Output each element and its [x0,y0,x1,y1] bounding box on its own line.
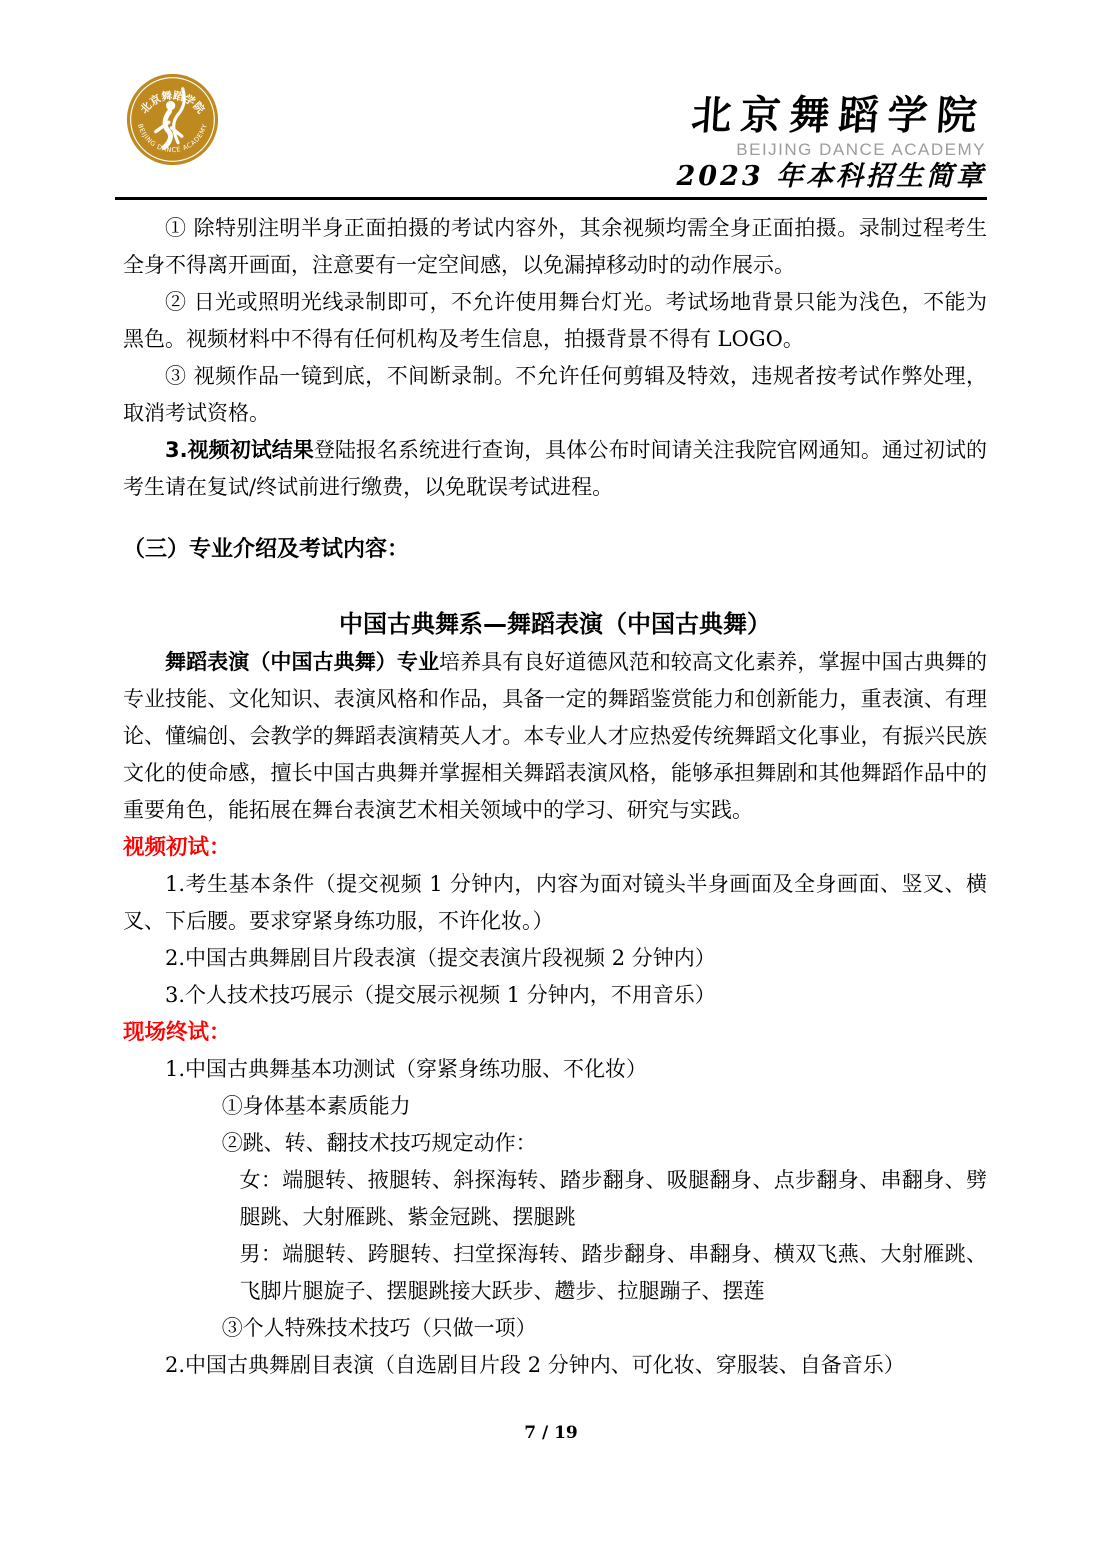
major-intro: 舞蹈表演（中国古典舞）专业培养具有良好道德风范和较高文化素养，掌握中国古典舞的专… [123,644,987,829]
final-test-sub-2: ②跳、转、翻技术技巧规定动作： [222,1125,987,1162]
video-test-label: 视频初试： [123,829,987,866]
major-intro-rest: 培养具有良好道德风范和较高文化素养，掌握中国古典舞的专业技能、文化知识、表演风格… [123,650,987,822]
note-result-lead: 3.视频初试结果 [165,438,314,462]
note-result: 3.视频初试结果登陆报名系统进行查询，具体公布时间请关注我院官网通知。通过初试的… [123,432,987,506]
academy-seal-logo: 北京舞蹈学院 BEIJING DANCE ACADEMY [126,73,219,166]
academy-name-cn: 北京舞蹈学院 [675,92,988,140]
note-item-1: ① 除特别注明半身正面拍摄的考试内容外，其余视频均需全身正面拍摄。录制过程考生全… [123,210,987,284]
final-test-female-moves: 女：端腿转、掖腿转、斜探海转、踏步翻身、吸腿翻身、点步翻身、串翻身、劈腿跳、大射… [240,1162,987,1236]
header-title-block: 北京舞蹈学院 BEIJING DANCE ACADEMY 2023 年本科招生简… [676,92,986,194]
brochure-title: 2023 年本科招生简章 [676,160,986,194]
header-divider [115,197,987,200]
final-test-item-1: 1.中国古典舞基本功测试（穿紧身练功服、不化妆） [123,1051,987,1088]
document-page: 北京舞蹈学院 BEIJING DANCE ACADEMY 北京舞蹈学院 BEIJ… [0,0,1102,1559]
video-test-item-3: 3.个人技术技巧展示（提交展示视频 1 分钟内，不用音乐） [123,977,987,1014]
final-test-label: 现场终试： [123,1014,987,1051]
final-test-item-2: 2.中国古典舞剧目表演（自选剧目片段 2 分钟内、可化妆、穿服装、自备音乐） [123,1347,987,1384]
major-intro-lead: 舞蹈表演（中国古典舞）专业 [165,650,439,674]
final-test-sub-3: ③个人特殊技术技巧（只做一项） [222,1310,987,1347]
document-body: ① 除特别注明半身正面拍摄的考试内容外，其余视频均需全身正面拍摄。录制过程考生全… [123,210,987,1384]
video-test-item-2: 2.中国古典舞剧目片段表演（提交表演片段视频 2 分钟内） [123,940,987,977]
note-item-2: ② 日光或照明光线录制即可，不允许使用舞台灯光。考试场地背景只能为浅色，不能为黑… [123,284,987,358]
major-title: 中国古典舞系—舞蹈表演（中国古典舞） [123,604,987,644]
final-test-sub-1: ①身体基本素质能力 [222,1088,987,1125]
final-test-male-moves: 男：端腿转、跨腿转、扫堂探海转、踏步翻身、串翻身、横双飞燕、大射雁跳、飞脚片腿旋… [240,1236,987,1310]
video-test-item-1: 1.考生基本条件（提交视频 1 分钟内，内容为面对镜头半身画面及全身画面、竖叉、… [123,866,987,940]
academy-name-en: BEIJING DANCE ACADEMY [676,140,986,160]
section-heading: （三）专业介绍及考试内容： [123,531,987,568]
page-number: 7 / 19 [0,1423,1102,1443]
note-item-3: ③ 视频作品一镜到底，不间断录制。不允许任何剪辑及特效，违规者按考试作弊处理，取… [123,358,987,432]
